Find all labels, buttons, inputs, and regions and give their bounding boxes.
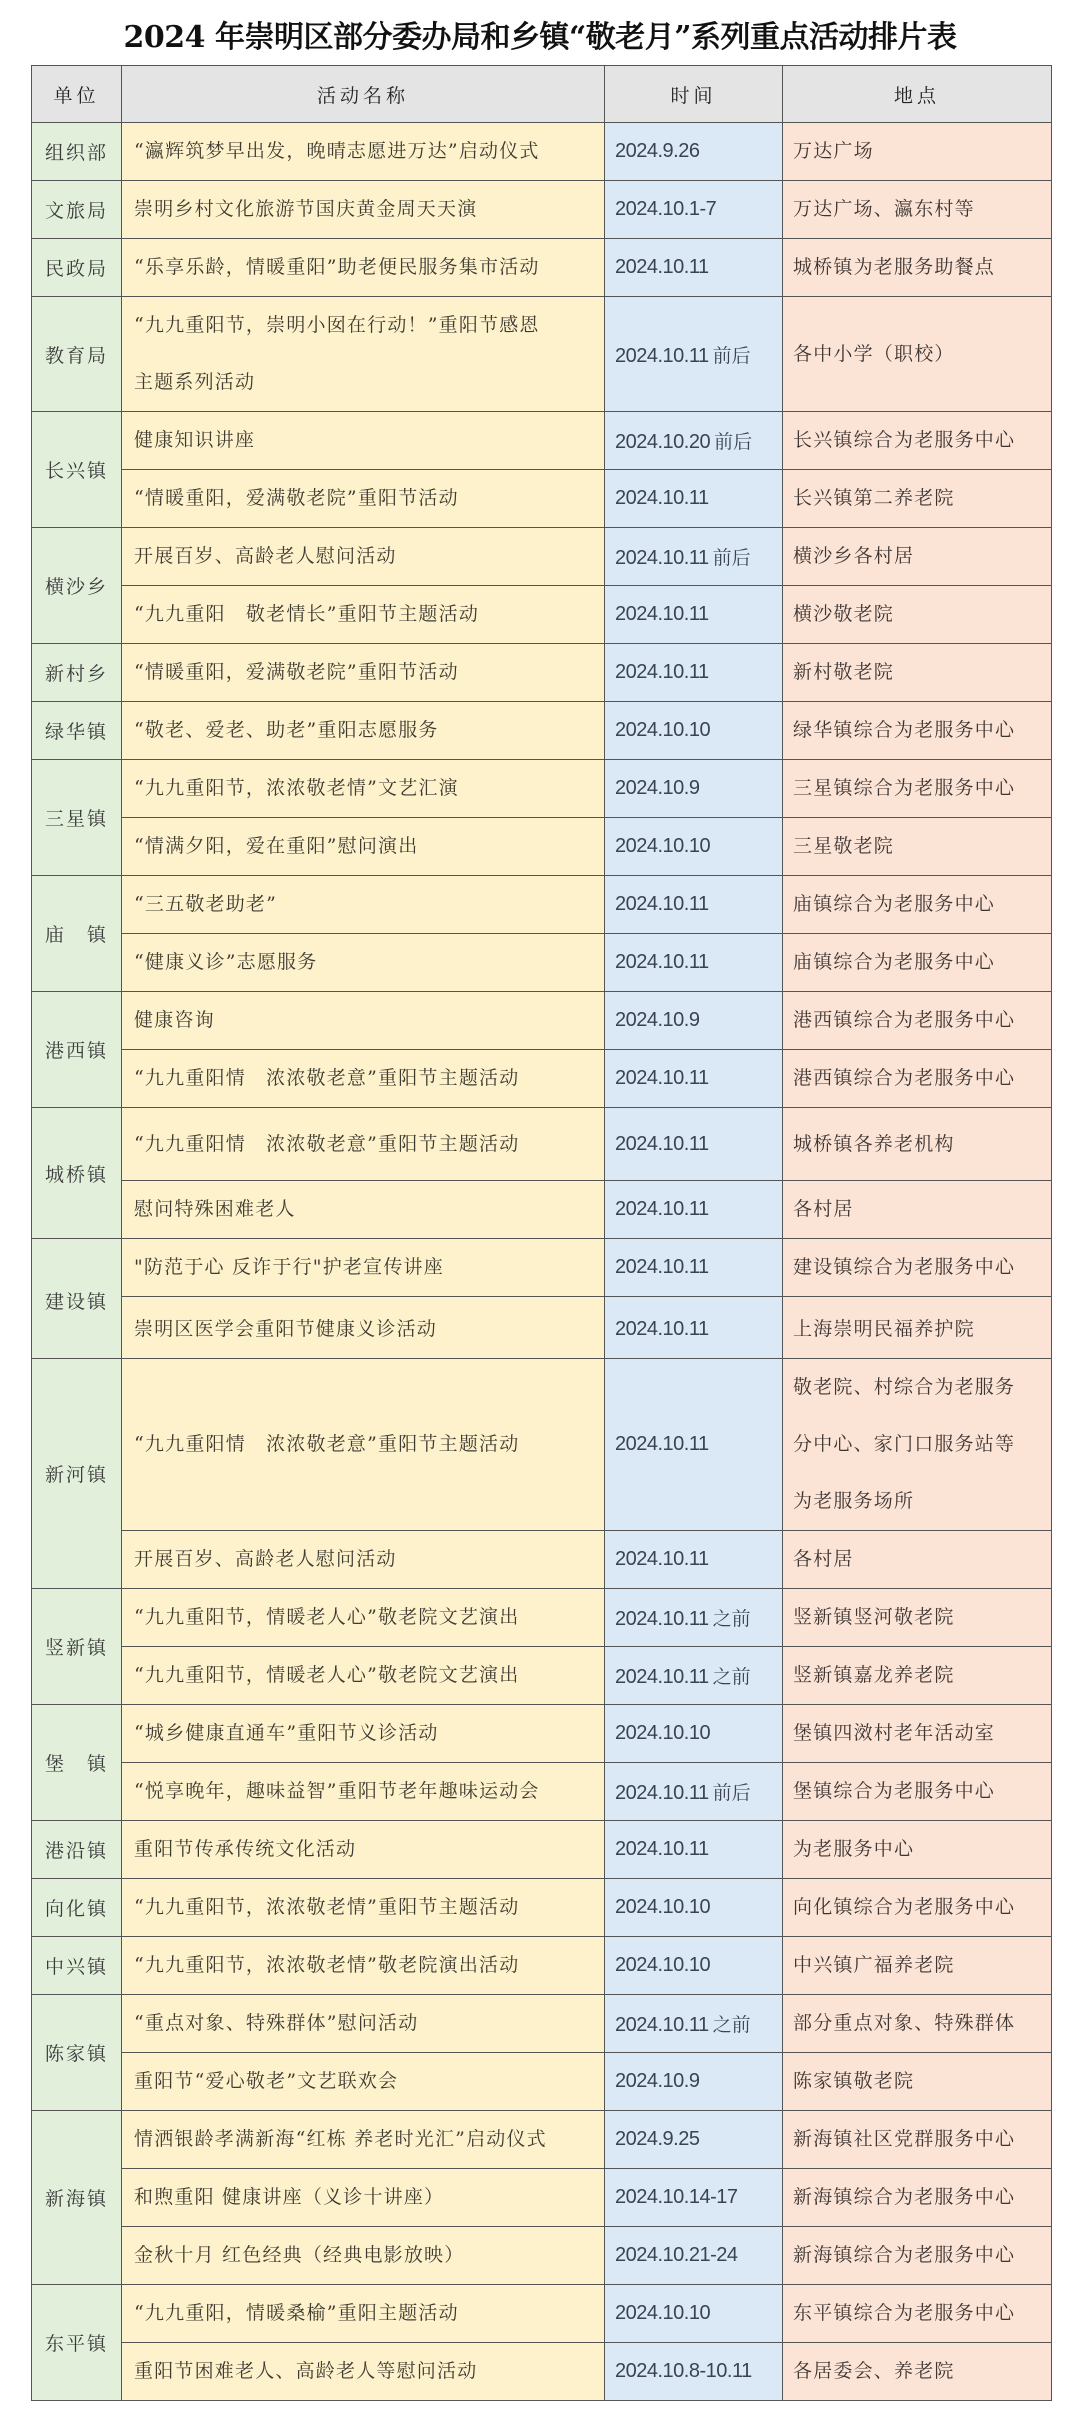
location-line: 建设镇综合为老服务中心 xyxy=(793,1239,1051,1296)
time-cell: 2024.10.9 xyxy=(605,992,783,1050)
activity-cell: “健康义诊”志愿服务 xyxy=(122,934,605,992)
table-row: 教育局“九九重阳节，崇明小囡在行动！”重阳节感恩主题系列活动2024.10.11… xyxy=(32,297,1052,412)
location-cell: 竖新镇嘉龙养老院 xyxy=(783,1647,1052,1705)
location-line: 城桥镇各养老机构 xyxy=(793,1116,1051,1173)
time-value: 2024.10.11 xyxy=(615,487,709,509)
time-value: 2024.10.11 xyxy=(615,893,709,915)
location-cell: 城桥镇为老服务助餐点 xyxy=(783,239,1052,297)
table-row: 和煦重阳 健康讲座（义诊十讲座）2024.10.14-17新海镇综合为老服务中心 xyxy=(32,2169,1052,2227)
unit-cell: 竖新镇 xyxy=(32,1589,122,1705)
unit-cell: 中兴镇 xyxy=(32,1937,122,1995)
activity-cell: 重阳节传承传统文化活动 xyxy=(122,1821,605,1879)
activity-line: 崇明乡村文化旅游节国庆黄金周天天演 xyxy=(134,181,604,238)
unit-cell: 堡 镇 xyxy=(32,1705,122,1821)
activity-line: “九九重阳节，情暖老人心”敬老院文艺演出 xyxy=(134,1589,604,1646)
time-value: 2024.10.10 xyxy=(615,835,710,857)
time-value: 2024.10.14-17 xyxy=(615,2186,738,2208)
location-line: 新海镇综合为老服务中心 xyxy=(793,2227,1051,2284)
location-line: 港西镇综合为老服务中心 xyxy=(793,992,1051,1049)
location-cell: 万达广场、瀛东村等 xyxy=(783,181,1052,239)
activity-line: “情满夕阳，爱在重阳”慰问演出 xyxy=(134,818,604,875)
activity-line: “九九重阳节，浓浓敬老情”重阳节主题活动 xyxy=(134,1879,604,1936)
unit-cell: 港沿镇 xyxy=(32,1821,122,1879)
time-value: 2024.10.11 xyxy=(615,1608,709,1630)
activity-line: “九九重阳节，浓浓敬老情”敬老院演出活动 xyxy=(134,1937,604,1994)
time-value: 2024.10.10 xyxy=(615,1722,710,1744)
time-qualifier: 之前 xyxy=(713,1666,751,1688)
location-line: 港西镇综合为老服务中心 xyxy=(793,1050,1051,1107)
table-row: 绿华镇“敬老、爱老、助老”重阳志愿服务2024.10.10绿华镇综合为老服务中心 xyxy=(32,702,1052,760)
location-line: 庙镇综合为老服务中心 xyxy=(793,876,1051,933)
table-row: 新村乡“情暖重阳，爱满敬老院”重阳节活动2024.10.11新村敬老院 xyxy=(32,644,1052,702)
time-value: 2024.10.20 xyxy=(615,431,710,453)
time-qualifier: 前后 xyxy=(713,1782,751,1804)
time-cell: 2024.10.11前后 xyxy=(605,297,783,412)
time-cell: 2024.10.9 xyxy=(605,2053,783,2111)
activity-cell: 健康知识讲座 xyxy=(122,412,605,470)
time-cell: 2024.10.11 xyxy=(605,586,783,644)
time-cell: 2024.10.11 xyxy=(605,1181,783,1239)
table-row: “情满夕阳，爱在重阳”慰问演出2024.10.10三星敬老院 xyxy=(32,818,1052,876)
unit-cell: 向化镇 xyxy=(32,1879,122,1937)
unit-cell: 新河镇 xyxy=(32,1359,122,1589)
time-value: 2024.10.11 xyxy=(615,547,709,569)
time-value: 2024.10.11 xyxy=(615,1067,709,1089)
time-value: 2024.10.10 xyxy=(615,1954,710,1976)
location-cell: 敬老院、村综合为老服务分中心、家门口服务站等为老服务场所 xyxy=(783,1359,1052,1531)
time-value: 2024.10.11 xyxy=(615,1782,709,1804)
time-cell: 2024.10.11前后 xyxy=(605,1763,783,1821)
time-cell: 2024.10.11 xyxy=(605,1050,783,1108)
location-cell: 庙镇综合为老服务中心 xyxy=(783,876,1052,934)
table-row: 开展百岁、高龄老人慰问活动2024.10.11各村居 xyxy=(32,1531,1052,1589)
table-row: 向化镇“九九重阳节，浓浓敬老情”重阳节主题活动2024.10.10向化镇综合为老… xyxy=(32,1879,1052,1937)
time-cell: 2024.10.11 xyxy=(605,1531,783,1589)
time-cell: 2024.10.10 xyxy=(605,702,783,760)
location-cell: 为老服务中心 xyxy=(783,1821,1052,1879)
table-row: 长兴镇健康知识讲座2024.10.20前后长兴镇综合为老服务中心 xyxy=(32,412,1052,470)
time-qualifier: 前后 xyxy=(714,431,752,453)
time-cell: 2024.10.9 xyxy=(605,760,783,818)
activity-cell: “九九重阳情 浓浓敬老意”重阳节主题活动 xyxy=(122,1108,605,1181)
table-row: 慰问特殊困难老人2024.10.11各村居 xyxy=(32,1181,1052,1239)
time-cell: 2024.10.11 xyxy=(605,1821,783,1879)
activity-cell: “悦享晚年，趣味益智”重阳节老年趣味运动会 xyxy=(122,1763,605,1821)
unit-cell: 长兴镇 xyxy=(32,412,122,528)
location-line: 长兴镇第二养老院 xyxy=(793,470,1051,527)
location-cell: 部分重点对象、特殊群体 xyxy=(783,1995,1052,2053)
activity-line: “重点对象、特殊群体”慰问活动 xyxy=(134,1995,604,2052)
unit-cell: 新海镇 xyxy=(32,2111,122,2285)
location-line: 分中心、家门口服务站等 xyxy=(793,1416,1051,1473)
location-cell: 东平镇综合为老服务中心 xyxy=(783,2285,1052,2343)
table-row: 中兴镇“九九重阳节，浓浓敬老情”敬老院演出活动2024.10.10中兴镇广福养老… xyxy=(32,1937,1052,1995)
location-line: 各村居 xyxy=(793,1531,1051,1588)
time-cell: 2024.10.11之前 xyxy=(605,1589,783,1647)
activity-line: "防范于心 反诈于行"护老宣传讲座 xyxy=(134,1239,604,1296)
time-value: 2024.10.9 xyxy=(615,1009,699,1031)
activity-line: “九九重阳节，情暖老人心”敬老院文艺演出 xyxy=(134,1647,604,1704)
schedule-table-part-2: 新河镇“九九重阳情 浓浓敬老意”重阳节主题活动2024.10.11敬老院、村综合… xyxy=(31,1358,1052,2401)
activity-cell: "防范于心 反诈于行"护老宣传讲座 xyxy=(122,1239,605,1297)
location-line: 向化镇综合为老服务中心 xyxy=(793,1879,1051,1936)
time-cell: 2024.10.21-24 xyxy=(605,2227,783,2285)
activity-cell: “情暖重阳，爱满敬老院”重阳节活动 xyxy=(122,644,605,702)
time-value: 2024.10.21-24 xyxy=(615,2244,738,2266)
location-line: 三星敬老院 xyxy=(793,818,1051,875)
activity-line: 开展百岁、高龄老人慰问活动 xyxy=(134,528,604,585)
time-value: 2024.10.11 xyxy=(615,2014,709,2036)
table-row: “九九重阳 敬老情长”重阳节主题活动2024.10.11横沙敬老院 xyxy=(32,586,1052,644)
activity-cell: “九九重阳节，浓浓敬老情”文艺汇演 xyxy=(122,760,605,818)
activity-line: “三五敬老助老” xyxy=(134,876,604,933)
location-line: 横沙敬老院 xyxy=(793,586,1051,643)
time-value: 2024.10.11 xyxy=(615,661,709,683)
unit-cell: 新村乡 xyxy=(32,644,122,702)
activity-cell: 崇明乡村文化旅游节国庆黄金周天天演 xyxy=(122,181,605,239)
location-cell: 三星镇综合为老服务中心 xyxy=(783,760,1052,818)
table-row: 陈家镇“重点对象、特殊群体”慰问活动2024.10.11之前部分重点对象、特殊群… xyxy=(32,1995,1052,2053)
time-value: 2024.10.11 xyxy=(615,1198,709,1220)
time-cell: 2024.10.11 xyxy=(605,1359,783,1531)
unit-cell: 民政局 xyxy=(32,239,122,297)
time-value: 2024.10.8-10.11 xyxy=(615,2360,752,2382)
table-row: 堡 镇“城乡健康直通车”重阳节义诊活动2024.10.10堡镇四滧村老年活动室 xyxy=(32,1705,1052,1763)
time-value: 2024.10.11 xyxy=(615,1548,709,1570)
location-line: 堡镇综合为老服务中心 xyxy=(793,1763,1051,1820)
time-cell: 2024.10.8-10.11 xyxy=(605,2343,783,2401)
location-cell: 新村敬老院 xyxy=(783,644,1052,702)
location-line: 各村居 xyxy=(793,1181,1051,1238)
location-line: 庙镇综合为老服务中心 xyxy=(793,934,1051,991)
time-cell: 2024.10.11 xyxy=(605,1297,783,1362)
activity-line: 重阳节“爱心敬老”文艺联欢会 xyxy=(134,2053,604,2110)
location-cell: 新海镇社区党群服务中心 xyxy=(783,2111,1052,2169)
activity-line: “健康义诊”志愿服务 xyxy=(134,934,604,991)
activity-cell: “情暖重阳，爱满敬老院”重阳节活动 xyxy=(122,470,605,528)
location-cell: 中兴镇广福养老院 xyxy=(783,1937,1052,1995)
activity-cell: 健康咨询 xyxy=(122,992,605,1050)
location-line: 中兴镇广福养老院 xyxy=(793,1937,1051,1994)
activity-line: “九九重阳，情暖桑榆”重阳主题活动 xyxy=(134,2285,604,2342)
location-line: 城桥镇为老服务助餐点 xyxy=(793,239,1051,296)
location-cell: 堡镇综合为老服务中心 xyxy=(783,1763,1052,1821)
time-value: 2024.10.10 xyxy=(615,2302,710,2324)
activity-cell: 和煦重阳 健康讲座（义诊十讲座） xyxy=(122,2169,605,2227)
location-cell: 各居委会、养老院 xyxy=(783,2343,1052,2401)
location-cell: 各中小学（职校） xyxy=(783,297,1052,412)
time-value: 2024.10.11 xyxy=(615,345,709,367)
header-time: 时间 xyxy=(605,66,783,123)
location-line: 各居委会、养老院 xyxy=(793,2343,1051,2400)
location-line: 部分重点对象、特殊群体 xyxy=(793,1995,1051,2052)
activity-line: “情暖重阳，爱满敬老院”重阳节活动 xyxy=(134,470,604,527)
time-value: 2024.10.9 xyxy=(615,777,699,799)
table-row: “情暖重阳，爱满敬老院”重阳节活动2024.10.11长兴镇第二养老院 xyxy=(32,470,1052,528)
time-cell: 2024.10.11 xyxy=(605,1239,783,1297)
time-cell: 2024.10.1-7 xyxy=(605,181,783,239)
location-line: 三星镇综合为老服务中心 xyxy=(793,760,1051,817)
table-row: 新海镇情洒银龄孝满新海“红栋 养老时光汇”启动仪式2024.9.25新海镇社区党… xyxy=(32,2111,1052,2169)
activity-line: “悦享晚年，趣味益智”重阳节老年趣味运动会 xyxy=(134,1763,604,1820)
activity-cell: 开展百岁、高龄老人慰问活动 xyxy=(122,528,605,586)
location-cell: 向化镇综合为老服务中心 xyxy=(783,1879,1052,1937)
activity-cell: “城乡健康直通车”重阳节义诊活动 xyxy=(122,1705,605,1763)
activity-line: 重阳节传承传统文化活动 xyxy=(134,1821,604,1878)
location-cell: 横沙乡各村居 xyxy=(783,528,1052,586)
table-row: 竖新镇“九九重阳节，情暖老人心”敬老院文艺演出2024.10.11之前竖新镇竖河… xyxy=(32,1589,1052,1647)
time-cell: 2024.10.10 xyxy=(605,1937,783,1995)
location-line: 为老服务中心 xyxy=(793,1821,1051,1878)
page-title: 2024 年崇明区部分委办局和乡镇“敬老月”系列重点活动排片表 xyxy=(0,12,1080,56)
time-value: 2024.10.11 xyxy=(615,603,709,625)
location-cell: 港西镇综合为老服务中心 xyxy=(783,1050,1052,1108)
activity-line: “情暖重阳，爱满敬老院”重阳节活动 xyxy=(134,644,604,701)
table-row: 重阳节“爱心敬老”文艺联欢会2024.10.9陈家镇敬老院 xyxy=(32,2053,1052,2111)
activity-cell: 重阳节“爱心敬老”文艺联欢会 xyxy=(122,2053,605,2111)
table-row: “九九重阳节，情暖老人心”敬老院文艺演出2024.10.11之前竖新镇嘉龙养老院 xyxy=(32,1647,1052,1705)
activity-line: “九九重阳情 浓浓敬老意”重阳节主题活动 xyxy=(134,1116,604,1173)
activity-line: “瀛辉筑梦早出发，晚晴志愿进万达”启动仪式 xyxy=(134,123,604,180)
table-row: 三星镇“九九重阳节，浓浓敬老情”文艺汇演2024.10.9三星镇综合为老服务中心 xyxy=(32,760,1052,818)
table-row: 建设镇"防范于心 反诈于行"护老宣传讲座2024.10.11建设镇综合为老服务中… xyxy=(32,1239,1052,1297)
unit-cell: 城桥镇 xyxy=(32,1108,122,1239)
activity-cell: “九九重阳节，情暖老人心”敬老院文艺演出 xyxy=(122,1647,605,1705)
time-value: 2024.9.26 xyxy=(615,140,699,162)
time-value: 2024.10.1-7 xyxy=(615,198,716,220)
activity-cell: “乐享乐龄，情暖重阳”助老便民服务集市活动 xyxy=(122,239,605,297)
activity-cell: “瀛辉筑梦早出发，晚晴志愿进万达”启动仪式 xyxy=(122,123,605,181)
activity-line: “九九重阳情 浓浓敬老意”重阳节主题活动 xyxy=(134,1050,604,1107)
location-line: 为老服务场所 xyxy=(793,1473,1051,1530)
activity-cell: “九九重阳节，浓浓敬老情”重阳节主题活动 xyxy=(122,1879,605,1937)
location-cell: 庙镇综合为老服务中心 xyxy=(783,934,1052,992)
location-line: 陈家镇敬老院 xyxy=(793,2053,1051,2110)
time-qualifier: 前后 xyxy=(713,547,751,569)
location-cell: 竖新镇竖河敬老院 xyxy=(783,1589,1052,1647)
table-row: 城桥镇“九九重阳情 浓浓敬老意”重阳节主题活动2024.10.11城桥镇各养老机… xyxy=(32,1108,1052,1181)
time-cell: 2024.10.10 xyxy=(605,1879,783,1937)
location-line: 新海镇综合为老服务中心 xyxy=(793,2169,1051,2226)
activity-cell: “九九重阳节，浓浓敬老情”敬老院演出活动 xyxy=(122,1937,605,1995)
location-cell: 三星敬老院 xyxy=(783,818,1052,876)
location-cell: 万达广场 xyxy=(783,123,1052,181)
location-cell: 各村居 xyxy=(783,1531,1052,1589)
activity-cell: “九九重阳 敬老情长”重阳节主题活动 xyxy=(122,586,605,644)
time-value: 2024.10.10 xyxy=(615,719,710,741)
time-value: 2024.10.11 xyxy=(615,951,709,973)
time-cell: 2024.10.11 xyxy=(605,470,783,528)
time-value: 2024.10.9 xyxy=(615,2070,699,2092)
location-line: 新海镇社区党群服务中心 xyxy=(793,2111,1051,2168)
table-row: 庙 镇“三五敬老助老”2024.10.11庙镇综合为老服务中心 xyxy=(32,876,1052,934)
location-line: 万达广场、瀛东村等 xyxy=(793,181,1051,238)
table-row: “悦享晚年，趣味益智”重阳节老年趣味运动会2024.10.11前后堡镇综合为老服… xyxy=(32,1763,1052,1821)
location-cell: 陈家镇敬老院 xyxy=(783,2053,1052,2111)
activity-line: 健康咨询 xyxy=(134,992,604,1049)
location-line: 各中小学（职校） xyxy=(793,326,1051,383)
table-row: 港沿镇重阳节传承传统文化活动2024.10.11为老服务中心 xyxy=(32,1821,1052,1879)
location-cell: 建设镇综合为老服务中心 xyxy=(783,1239,1052,1297)
table-row: 新河镇“九九重阳情 浓浓敬老意”重阳节主题活动2024.10.11敬老院、村综合… xyxy=(32,1359,1052,1531)
location-cell: 新海镇综合为老服务中心 xyxy=(783,2227,1052,2285)
activity-line: 和煦重阳 健康讲座（义诊十讲座） xyxy=(134,2169,604,2226)
time-cell: 2024.10.20前后 xyxy=(605,412,783,470)
time-value: 2024.9.25 xyxy=(615,2128,699,2150)
time-cell: 2024.10.11 xyxy=(605,1108,783,1181)
location-cell: 堡镇四滧村老年活动室 xyxy=(783,1705,1052,1763)
header-unit: 单位 xyxy=(32,66,122,123)
activity-line: “乐享乐龄，情暖重阳”助老便民服务集市活动 xyxy=(134,239,604,296)
location-cell: 长兴镇第二养老院 xyxy=(783,470,1052,528)
time-value: 2024.10.11 xyxy=(615,1133,709,1155)
location-line: 堡镇四滧村老年活动室 xyxy=(793,1705,1051,1762)
activity-cell: “敬老、爱老、助老”重阳志愿服务 xyxy=(122,702,605,760)
location-line: 长兴镇综合为老服务中心 xyxy=(793,412,1051,469)
activity-line: “敬老、爱老、助老”重阳志愿服务 xyxy=(134,702,604,759)
activity-cell: 重阳节困难老人、高龄老人等慰问活动 xyxy=(122,2343,605,2401)
location-cell: 新海镇综合为老服务中心 xyxy=(783,2169,1052,2227)
activity-cell: “九九重阳，情暖桑榆”重阳主题活动 xyxy=(122,2285,605,2343)
location-cell: 上海崇明民福养护院 xyxy=(783,1297,1052,1362)
header-location: 地点 xyxy=(783,66,1052,123)
time-qualifier: 之前 xyxy=(713,1608,751,1630)
activity-cell: 崇明区医学会重阳节健康义诊活动 xyxy=(122,1297,605,1362)
time-cell: 2024.10.11前后 xyxy=(605,528,783,586)
activity-line: “九九重阳情 浓浓敬老意”重阳节主题活动 xyxy=(134,1416,604,1473)
location-line: 敬老院、村综合为老服务 xyxy=(793,1359,1051,1416)
table-row: 金秋十月 红色经典（经典电影放映）2024.10.21-24新海镇综合为老服务中… xyxy=(32,2227,1052,2285)
table-row: “九九重阳情 浓浓敬老意”重阳节主题活动2024.10.11港西镇综合为老服务中… xyxy=(32,1050,1052,1108)
time-cell: 2024.9.26 xyxy=(605,123,783,181)
location-line: 新村敬老院 xyxy=(793,644,1051,701)
activity-cell: 慰问特殊困难老人 xyxy=(122,1181,605,1239)
time-cell: 2024.10.14-17 xyxy=(605,2169,783,2227)
activity-cell: 情洒银龄孝满新海“红栋 养老时光汇”启动仪式 xyxy=(122,2111,605,2169)
header-activity: 活动名称 xyxy=(122,66,605,123)
activity-line: “九九重阳 敬老情长”重阳节主题活动 xyxy=(134,586,604,643)
activity-line: 重阳节困难老人、高龄老人等慰问活动 xyxy=(134,2343,604,2400)
unit-cell: 文旅局 xyxy=(32,181,122,239)
activity-cell: 开展百岁、高龄老人慰问活动 xyxy=(122,1531,605,1589)
activity-cell: “九九重阳节，崇明小囡在行动！”重阳节感恩主题系列活动 xyxy=(122,297,605,412)
location-cell: 绿华镇综合为老服务中心 xyxy=(783,702,1052,760)
table-row: 组织部“瀛辉筑梦早出发，晚晴志愿进万达”启动仪式2024.9.26万达广场 xyxy=(32,123,1052,181)
unit-cell: 东平镇 xyxy=(32,2285,122,2401)
location-line: 东平镇综合为老服务中心 xyxy=(793,2285,1051,2342)
location-cell: 港西镇综合为老服务中心 xyxy=(783,992,1052,1050)
unit-cell: 绿华镇 xyxy=(32,702,122,760)
time-cell: 2024.10.10 xyxy=(605,818,783,876)
time-qualifier: 前后 xyxy=(713,345,751,367)
activity-line: 崇明区医学会重阳节健康义诊活动 xyxy=(134,1301,604,1358)
unit-cell: 庙 镇 xyxy=(32,876,122,992)
location-line: 绿华镇综合为老服务中心 xyxy=(793,702,1051,759)
time-cell: 2024.10.10 xyxy=(605,2285,783,2343)
location-line: 上海崇明民福养护院 xyxy=(793,1301,1051,1358)
time-cell: 2024.10.11之前 xyxy=(605,1995,783,2053)
table-row: 东平镇“九九重阳，情暖桑榆”重阳主题活动2024.10.10东平镇综合为老服务中… xyxy=(32,2285,1052,2343)
location-cell: 各村居 xyxy=(783,1181,1052,1239)
table-row: 文旅局崇明乡村文化旅游节国庆黄金周天天演2024.10.1-7万达广场、瀛东村等 xyxy=(32,181,1052,239)
time-qualifier: 之前 xyxy=(713,2014,751,2036)
activity-line: 金秋十月 红色经典（经典电影放映） xyxy=(134,2227,604,2284)
time-cell: 2024.10.10 xyxy=(605,1705,783,1763)
time-cell: 2024.10.11 xyxy=(605,934,783,992)
location-cell: 横沙敬老院 xyxy=(783,586,1052,644)
time-value: 2024.10.11 xyxy=(615,1433,709,1455)
time-cell: 2024.10.11之前 xyxy=(605,1647,783,1705)
table-row: 港西镇健康咨询2024.10.9港西镇综合为老服务中心 xyxy=(32,992,1052,1050)
activity-cell: “九九重阳情 浓浓敬老意”重阳节主题活动 xyxy=(122,1050,605,1108)
activity-line: 主题系列活动 xyxy=(134,354,604,411)
unit-cell: 三星镇 xyxy=(32,760,122,876)
time-value: 2024.10.11 xyxy=(615,1318,709,1340)
unit-cell: 港西镇 xyxy=(32,992,122,1108)
location-cell: 长兴镇综合为老服务中心 xyxy=(783,412,1052,470)
time-value: 2024.10.11 xyxy=(615,1256,709,1278)
activity-line: 情洒银龄孝满新海“红栋 养老时光汇”启动仪式 xyxy=(134,2111,604,2168)
unit-cell: 教育局 xyxy=(32,297,122,412)
schedule-table-part-1: 单位 活动名称 时间 地点 组织部“瀛辉筑梦早出发，晚晴志愿进万达”启动仪式20… xyxy=(31,65,1052,1362)
time-cell: 2024.10.11 xyxy=(605,644,783,702)
activity-cell: 金秋十月 红色经典（经典电影放映） xyxy=(122,2227,605,2285)
activity-line: “城乡健康直通车”重阳节义诊活动 xyxy=(134,1705,604,1762)
time-value: 2024.10.11 xyxy=(615,1838,709,1860)
unit-cell: 陈家镇 xyxy=(32,1995,122,2111)
activity-line: 健康知识讲座 xyxy=(134,412,604,469)
activity-line: “九九重阳节，浓浓敬老情”文艺汇演 xyxy=(134,760,604,817)
location-line: 万达广场 xyxy=(793,123,1051,180)
unit-cell: 组织部 xyxy=(32,123,122,181)
activity-line: “九九重阳节，崇明小囡在行动！”重阳节感恩 xyxy=(134,297,604,354)
location-line: 竖新镇竖河敬老院 xyxy=(793,1589,1051,1646)
location-cell: 城桥镇各养老机构 xyxy=(783,1108,1052,1181)
activity-line: 慰问特殊困难老人 xyxy=(134,1181,604,1238)
location-line: 横沙乡各村居 xyxy=(793,528,1051,585)
table-row: 民政局“乐享乐龄，情暖重阳”助老便民服务集市活动2024.10.11城桥镇为老服… xyxy=(32,239,1052,297)
activity-cell: “九九重阳节，情暖老人心”敬老院文艺演出 xyxy=(122,1589,605,1647)
unit-cell: 建设镇 xyxy=(32,1239,122,1362)
activity-cell: “三五敬老助老” xyxy=(122,876,605,934)
table-row: 崇明区医学会重阳节健康义诊活动2024.10.11上海崇明民福养护院 xyxy=(32,1297,1052,1362)
unit-cell: 横沙乡 xyxy=(32,528,122,644)
table-header-row: 单位 活动名称 时间 地点 xyxy=(32,66,1052,123)
table-row: “健康义诊”志愿服务2024.10.11庙镇综合为老服务中心 xyxy=(32,934,1052,992)
activity-cell: “情满夕阳，爱在重阳”慰问演出 xyxy=(122,818,605,876)
activity-cell: “九九重阳情 浓浓敬老意”重阳节主题活动 xyxy=(122,1359,605,1531)
location-line: 竖新镇嘉龙养老院 xyxy=(793,1647,1051,1704)
time-value: 2024.10.11 xyxy=(615,256,709,278)
time-value: 2024.10.11 xyxy=(615,1666,709,1688)
activity-cell: “重点对象、特殊群体”慰问活动 xyxy=(122,1995,605,2053)
time-value: 2024.10.10 xyxy=(615,1896,710,1918)
time-cell: 2024.10.11 xyxy=(605,239,783,297)
time-cell: 2024.10.11 xyxy=(605,876,783,934)
table-row: 重阳节困难老人、高龄老人等慰问活动2024.10.8-10.11各居委会、养老院 xyxy=(32,2343,1052,2401)
time-cell: 2024.9.25 xyxy=(605,2111,783,2169)
activity-line: 开展百岁、高龄老人慰问活动 xyxy=(134,1531,604,1588)
table-row: 横沙乡开展百岁、高龄老人慰问活动2024.10.11前后横沙乡各村居 xyxy=(32,528,1052,586)
